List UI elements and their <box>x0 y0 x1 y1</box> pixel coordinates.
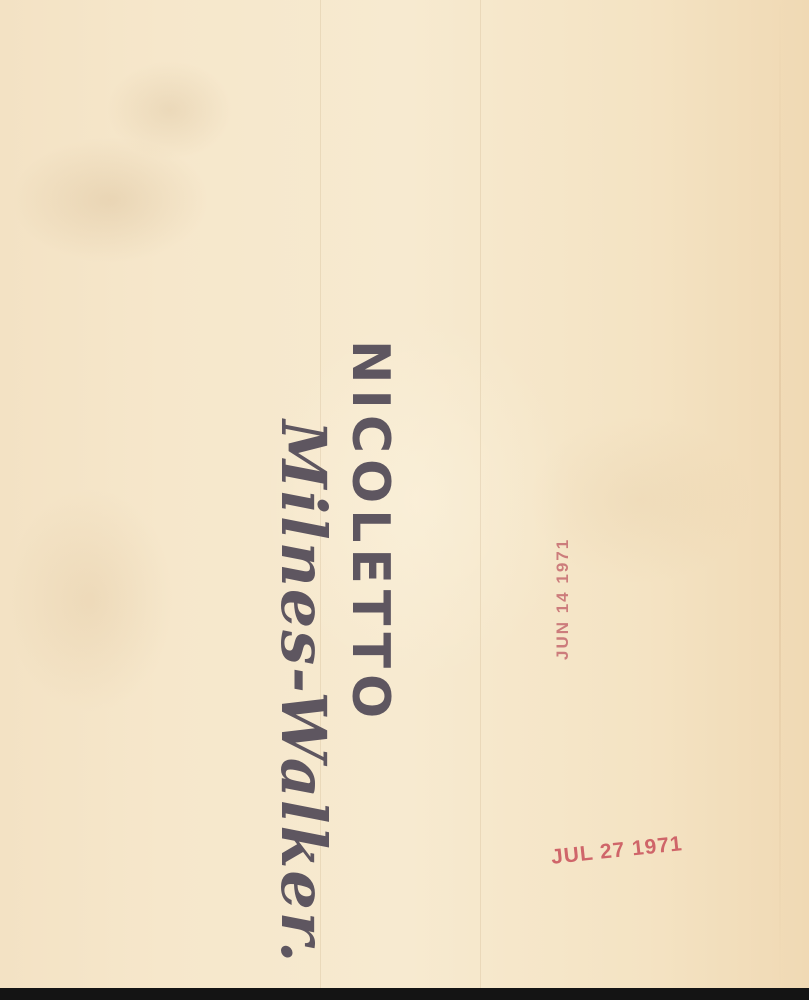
handwritten-name: Milnes-Walker. <box>267 420 340 964</box>
paper-crease <box>480 0 481 988</box>
scan-background-edge <box>0 988 809 1000</box>
photo-reverse-paper: NICOLETTO Milnes-Walker. JUN 14 1971 JUL… <box>0 0 809 988</box>
handwritten-surname: NICOLETTO <box>340 340 400 724</box>
date-stamp-received: JUN 14 1971 <box>553 538 573 660</box>
date-stamp-red: JUL 27 1971 <box>550 832 684 870</box>
